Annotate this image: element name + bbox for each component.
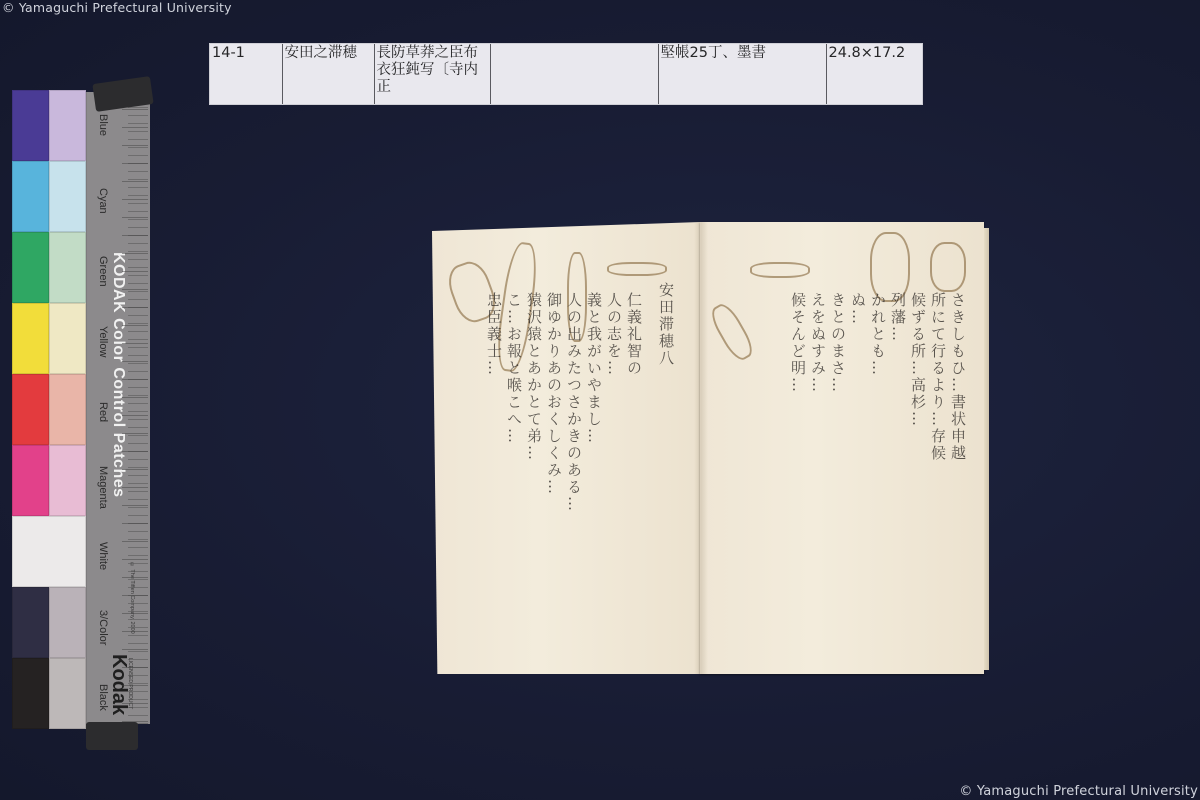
ruler-strip: Blue Cyan Green Yellow Red Magenta White… [86,92,150,724]
catalog-format-cell: 堅帳25丁、墨書 [658,44,826,104]
label-yellow: Yellow [91,326,109,357]
left-page-heading: 安田滞穂八 [656,282,676,367]
copyright-bottom: © Yamaguchi Prefectural University [959,784,1198,799]
catalog-label-row: 14-1 安田之滞穂 長防草莽之臣布衣狂鈍写〔寺内正 堅帳25丁、墨書 24.8… [210,44,922,104]
label-green: Green [91,256,109,287]
color-control-patches [12,90,86,730]
patch-white [12,516,86,587]
catalog-size-cell: 24.8×17.2 [826,44,922,104]
patch-cyan [12,161,86,232]
ruler-ticks-major [122,92,148,724]
catalog-id-cell: 14-1 [210,44,282,104]
left-page-text: 仁義礼智の 人の志を… 義と我がいやまし… 人の出みたつさかきのある… 御ゆかり… [484,292,644,612]
open-manuscript: 安田滞穂八 仁義礼智の 人の志を… 義と我がいやまし… 人の出みたつさかきのある… [432,222,988,674]
label-cyan: Cyan [91,188,109,214]
patch-red [12,374,86,445]
patch-labels: Blue Cyan Green Yellow Red Magenta White… [91,92,109,724]
catalog-label-table: 14-1 安田之滞穂 長防草莽之臣布衣狂鈍写〔寺内正 堅帳25丁、墨書 24.8… [210,44,922,104]
right-page: さきしもひ…書状申越 所にて行るより…存候 候ずる所…高杉… 列藩… かれとも…… [700,222,984,674]
label-3color: 3/Color [91,610,109,645]
label-magenta: Magenta [91,466,109,509]
patch-yellow [12,303,86,374]
book-gutter [694,222,708,674]
label-blue: Blue [91,114,109,136]
catalog-title-cell: 長防草莽之臣布衣狂鈍写〔寺内正 [374,44,490,104]
label-red: Red [91,402,109,422]
right-page-text: さきしもひ…書状申越 所にて行るより…存候 候ずる所…高杉… 列藩… かれとも…… [788,292,968,622]
catalog-blank-cell [490,44,658,104]
patch-blue [12,90,86,161]
patch-black [12,658,86,729]
left-page: 安田滞穂八 仁義礼智の 人の志を… 義と我がいやまし… 人の出みたつさかきのある… [432,222,700,674]
tape-bottom [86,722,138,750]
label-white: White [91,542,109,570]
catalog-author-cell: 安田之滞穂 [282,44,374,104]
patch-green [12,232,86,303]
patch-3color [12,587,86,658]
copyright-top: © Yamaguchi Prefectural University [2,0,232,15]
patch-magenta [12,445,86,516]
